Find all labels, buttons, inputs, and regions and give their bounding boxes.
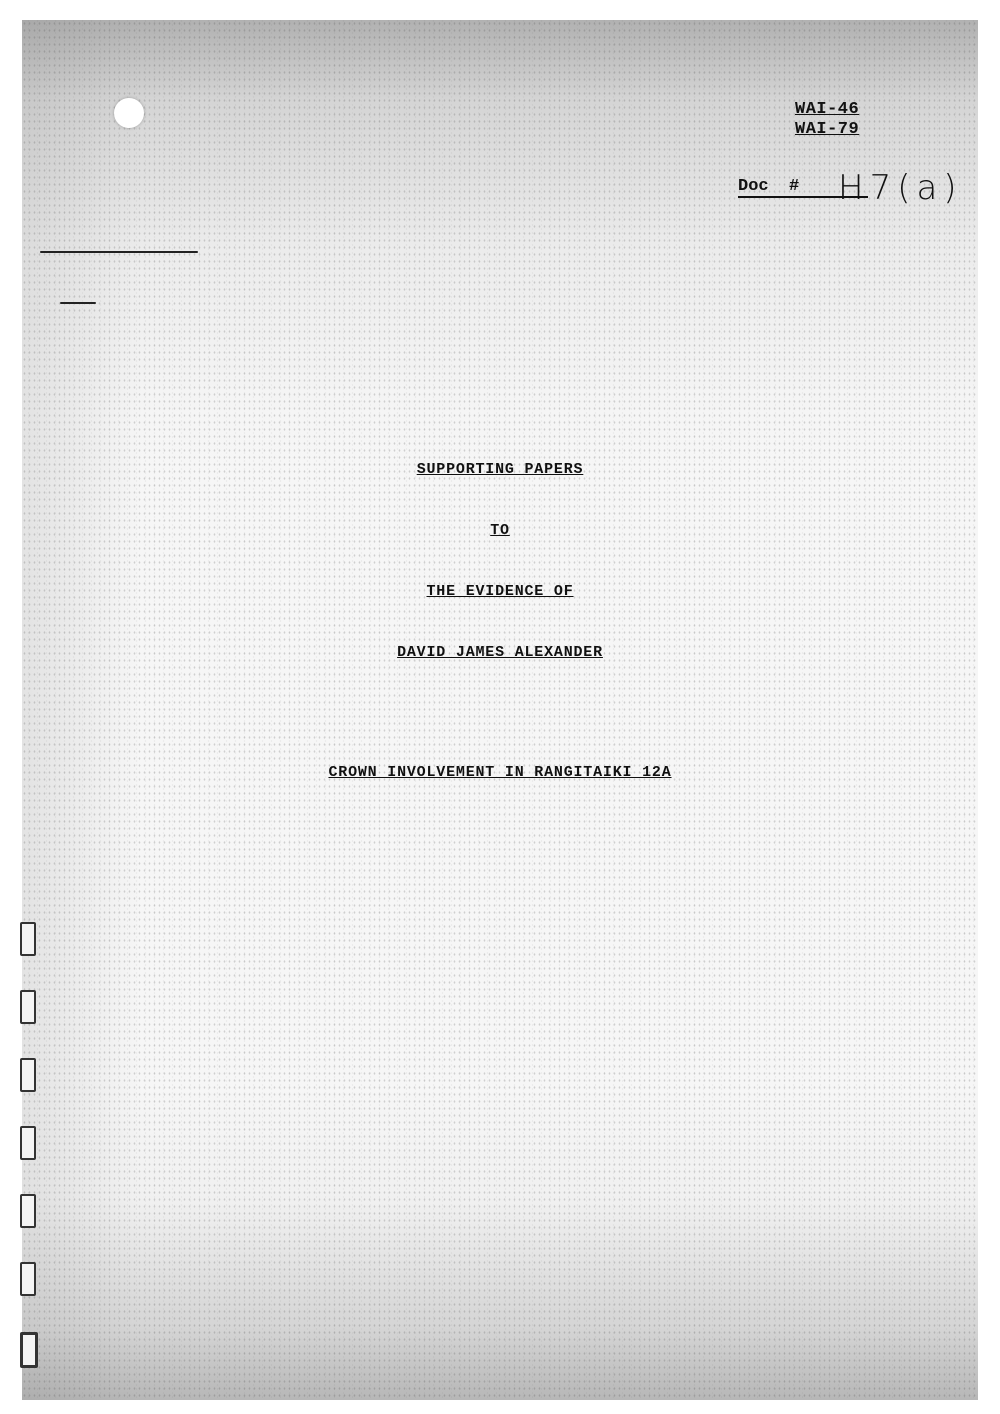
doc-number-handwritten: H7(a) <box>838 168 963 208</box>
binding-slot <box>20 1126 36 1160</box>
pen-mark-line <box>60 302 96 304</box>
reference-wai-46: WAI-46 <box>795 100 859 120</box>
punch-hole <box>114 98 144 128</box>
scanned-document-page: WAI-46 WAI-79 Doc # H7(a) SUPPORTING PAP… <box>0 0 1000 1414</box>
title-subject: CROWN INVOLVEMENT IN RANGITAIKI 12A <box>0 764 1000 781</box>
title-to: TO <box>0 522 1000 539</box>
pen-mark-line <box>40 251 198 253</box>
binding-slot <box>20 990 36 1024</box>
title-supporting-papers: SUPPORTING PAPERS <box>0 461 1000 478</box>
binding-slot <box>20 1332 38 1368</box>
title-evidence-of: THE EVIDENCE OF <box>0 583 1000 600</box>
binding-slot <box>20 1058 36 1092</box>
paper-scan <box>22 20 978 1400</box>
binding-slot <box>20 1194 36 1228</box>
title-author-name: DAVID JAMES ALEXANDER <box>0 644 1000 661</box>
binding-slot <box>20 1262 36 1296</box>
reference-wai-79: WAI-79 <box>795 120 859 140</box>
reference-block: WAI-46 WAI-79 <box>795 100 859 140</box>
binding-slot <box>20 922 36 956</box>
